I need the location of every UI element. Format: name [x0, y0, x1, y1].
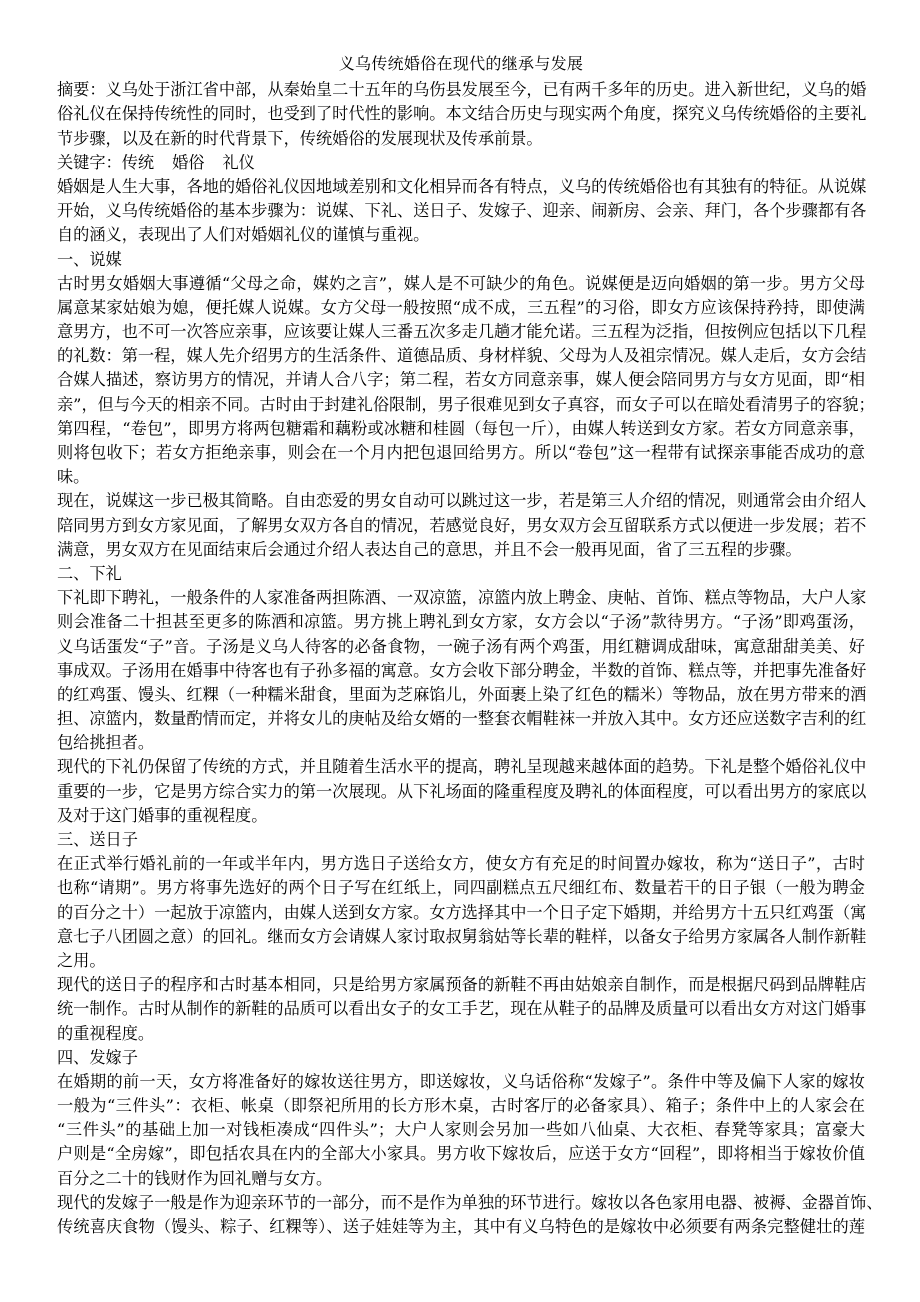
intro-line: 婚姻是人生大事，各地的婚俗礼仪因地域差别和文化相异而各有特点，义乌的传统婚俗也有…	[57, 175, 865, 199]
paragraph-line: 在正式举行婚礼前的一年或半年内，男方选日子送给女方，使女方有充足的时间置办嫁妆，…	[57, 852, 865, 876]
intro-line: 自的涵义，表现出了人们对婚姻礼仪的谨慎与重视。	[57, 223, 865, 247]
paragraph: 在婚期的前一天，女方将准备好的嫁妆送往男方，即送嫁妆，义乌话俗称“发嫁子”。条件…	[57, 1070, 865, 1191]
paragraph-line: 则将包收下；若女方拒绝亲事，则会在一个月内把包退回给男方。所以“卷包”这一程带有…	[57, 441, 865, 465]
paragraph: 现在，说媒这一步已极其简略。自由恋爱的男女自动可以跳过这一步，若是第三人介绍的情…	[57, 489, 865, 562]
section-heading: 三、送日子	[57, 828, 865, 852]
paragraph-line: 意男方，也不可一次答应亲事，应该要让媒人三番五次多走几趟才能允诺。三五程为泛指，…	[57, 320, 865, 344]
paragraph-line: 现代的送日子的程序和古时基本相同，只是给男方家属预备的新鞋不再由姑娘亲自制作，而…	[57, 973, 865, 997]
paragraph: 下礼即下聘礼，一般条件的人家准备两担陈酒、一双凉篮，凉篮内放上聘金、庚帖、首饰、…	[57, 586, 865, 755]
paragraph-line: 现在，说媒这一步已极其简略。自由恋爱的男女自动可以跳过这一步，若是第三人介绍的情…	[57, 489, 865, 513]
paragraph-line: 传统喜庆食物（馒头、粽子、红粿等）、送子娃娃等为主，其中有义乌特色的是嫁妆中必须…	[57, 1215, 865, 1239]
paragraph-line: 的红鸡蛋、馒头、红粿（一种糯米甜食，里面为芝麻馅儿，外面裹上染了红色的糯米）等物…	[57, 683, 865, 707]
paragraph-line: 在婚期的前一天，女方将准备好的嫁妆送往男方，即送嫁妆，义乌话俗称“发嫁子”。条件…	[57, 1070, 865, 1094]
paragraph-line: 重要的一步，它是男方综合实力的第一次展现。从下礼场面的隆重程度及聘礼的体面程度，…	[57, 780, 865, 804]
paragraph-line: 陪同男方到女方家见面，了解男女双方各自的情况，若感觉良好，男女双方会互留联系方式…	[57, 514, 865, 538]
section-heading: 四、发嫁子	[57, 1046, 865, 1070]
section: 一、说媒古时男女婚姻大事遵循“父母之命，媒妁之言”，媒人是不可缺少的角色。说媒便…	[57, 248, 865, 562]
paragraph-line: 义乌话蛋发“子”音。子汤是义乌人待客的必备食物，一碗子汤有两个鸡蛋，用红糖调成甜…	[57, 635, 865, 659]
intro: 婚姻是人生大事，各地的婚俗礼仪因地域差别和文化相异而各有特点，义乌的传统婚俗也有…	[57, 175, 865, 248]
abstract: 摘要：义乌处于浙江省中部，从秦始皇二十五年的乌伤县发展至今，已有两千多年的历史。…	[57, 78, 865, 151]
paragraph: 现代的送日子的程序和古时基本相同，只是给男方家属预备的新鞋不再由姑娘亲自制作，而…	[57, 973, 865, 1046]
paragraph-line: 第四程，“卷包”，即男方将两包糖霜和藕粉或冰糖和桂圆（每包一斤），由媒人转送到女…	[57, 417, 865, 441]
paragraph-line: 亲”，但与今天的相亲不同。古时由于封建礼俗限制，男子很难见到女子真容，而女子可以…	[57, 393, 865, 417]
keyword: 传统	[122, 151, 154, 175]
paragraph-line: 之用。	[57, 949, 865, 973]
paragraph: 现代的发嫁子一般是作为迎亲环节的一部分，而不是作为单独的环节进行。嫁妆以各色家用…	[57, 1191, 865, 1239]
paragraph: 现代的下礼仍保留了传统的方式，并且随着生活水平的提高，聘礼呈现越来越体面的趋势。…	[57, 755, 865, 828]
paragraph-line: 的礼数：第一程，媒人先介绍男方的生活条件、道德品质、身材样貌、父母为人及祖宗情况…	[57, 344, 865, 368]
paragraph-line: “三件头”的基础上加一对钱柜凑成“四件头”；大户人家则会另加一些如八仙桌、大衣柜…	[57, 1118, 865, 1142]
paragraph-line: 满意，男女双方在见面结束后会通过介绍人表达自己的意思，并且不会一般再见面，省了三…	[57, 538, 865, 562]
document-title: 义乌传统婚俗在现代的继承与发展	[57, 52, 865, 76]
section: 三、送日子在正式举行婚礼前的一年或半年内，男方选日子送给女方，使女方有充足的时间…	[57, 828, 865, 1046]
paragraph-line: 也称“请期”。男方将事先选好的两个日子写在红纸上，同四副糕点五尺细红布、数量若干…	[57, 876, 865, 900]
intro-line: 开始，义乌传统婚俗的基本步骤为：说媒、下礼、送日子、发嫁子、迎亲、闹新房、会亲、…	[57, 199, 865, 223]
paragraph-line: 下礼即下聘礼，一般条件的人家准备两担陈酒、一双凉篮，凉篮内放上聘金、庚帖、首饰、…	[57, 586, 865, 610]
paragraph-line: 的重视程度。	[57, 1022, 865, 1046]
paragraph: 古时男女婚姻大事遵循“父母之命，媒妁之言”，媒人是不可缺少的角色。说媒便是迈向婚…	[57, 272, 865, 490]
section: 二、下礼下礼即下聘礼，一般条件的人家准备两担陈酒、一双凉篮，凉篮内放上聘金、庚帖…	[57, 562, 865, 828]
keywords: 关键字：传统婚俗礼仪	[57, 151, 865, 175]
document-page: 义乌传统婚俗在现代的继承与发展 摘要：义乌处于浙江省中部，从秦始皇二十五年的乌伤…	[57, 52, 865, 1239]
abstract-line: 摘要：义乌处于浙江省中部，从秦始皇二十五年的乌伤县发展至今，已有两千多年的历史。…	[57, 78, 865, 102]
paragraph-line: 则会准备二十担甚至更多的陈酒和凉篮。男方挑上聘礼到女方家，女方会以“子汤”款待男…	[57, 610, 865, 634]
section: 四、发嫁子在婚期的前一天，女方将准备好的嫁妆送往男方，即送嫁妆，义乌话俗称“发嫁…	[57, 1046, 865, 1240]
paragraph: 在正式举行婚礼前的一年或半年内，男方选日子送给女方，使女方有充足的时间置办嫁妆，…	[57, 852, 865, 973]
paragraph-line: 包给挑担者。	[57, 731, 865, 755]
abstract-line: 节步骤，以及在新的时代背景下，传统婚俗的发展现状及传承前景。	[57, 127, 865, 151]
paragraph-line: 统一制作。古时从制作的新鞋的品质可以看出女子的女工手艺，现在从鞋子的品牌及质量可…	[57, 997, 865, 1021]
paragraph-line: 味。	[57, 465, 865, 489]
paragraph-line: 的百分之十）一起放于凉篮内，由媒人送到女方家。女方选择其中一个日子定下婚期，并给…	[57, 901, 865, 925]
section-heading: 一、说媒	[57, 248, 865, 272]
paragraph-line: 合媒人描述，察访男方的情况，并请人合八字；第二程，若女方同意亲事，媒人便会陪同男…	[57, 368, 865, 392]
keyword: 婚俗	[172, 151, 204, 175]
keywords-label: 关键字：	[57, 151, 122, 175]
paragraph-line: 古时男女婚姻大事遵循“父母之命，媒妁之言”，媒人是不可缺少的角色。说媒便是迈向婚…	[57, 272, 865, 296]
paragraph-line: 属意某家姑娘为媳，便托媒人说媒。女方父母一般按照“成不成，三五程”的习俗，即女方…	[57, 296, 865, 320]
paragraph-line: 现代的下礼仍保留了传统的方式，并且随着生活水平的提高，聘礼呈现越来越体面的趋势。…	[57, 755, 865, 779]
paragraph-line: 意七子八团圆之意）的回礼。继而女方会请媒人家讨取叔舅翁姑等长辈的鞋样，以备女子给…	[57, 925, 865, 949]
paragraph-line: 事成双。子汤用在婚事中待客也有子孙多福的寓意。女方会收下部分聘金，半数的首饰、糕…	[57, 659, 865, 683]
paragraph-line: 户则是“全房嫁”，即包括农具在内的全部大小家具。男方收下嫁妆后，应送于女方“回程…	[57, 1142, 865, 1166]
keyword: 礼仪	[223, 151, 255, 175]
section-heading: 二、下礼	[57, 562, 865, 586]
abstract-line: 俗礼仪在保持传统性的同时，也受到了时代性的影响。本文结合历史与现实两个角度，探究…	[57, 102, 865, 126]
sections: 一、说媒古时男女婚姻大事遵循“父母之命，媒妁之言”，媒人是不可缺少的角色。说媒便…	[57, 248, 865, 1240]
paragraph-line: 及对于这门婚事的重视程度。	[57, 804, 865, 828]
paragraph-line: 一般为“三件头”：衣柜、帐桌（即祭祀所用的长方形木桌，古时客厅的必备家具）、箱子…	[57, 1094, 865, 1118]
paragraph-line: 现代的发嫁子一般是作为迎亲环节的一部分，而不是作为单独的环节进行。嫁妆以各色家用…	[57, 1191, 865, 1215]
paragraph-line: 百分之二十的钱财作为回礼赠与女方。	[57, 1167, 865, 1191]
paragraph-line: 担、凉篮内，数量酌情而定，并将女儿的庚帖及给女婿的一整套衣帽鞋袜一并放入其中。女…	[57, 707, 865, 731]
